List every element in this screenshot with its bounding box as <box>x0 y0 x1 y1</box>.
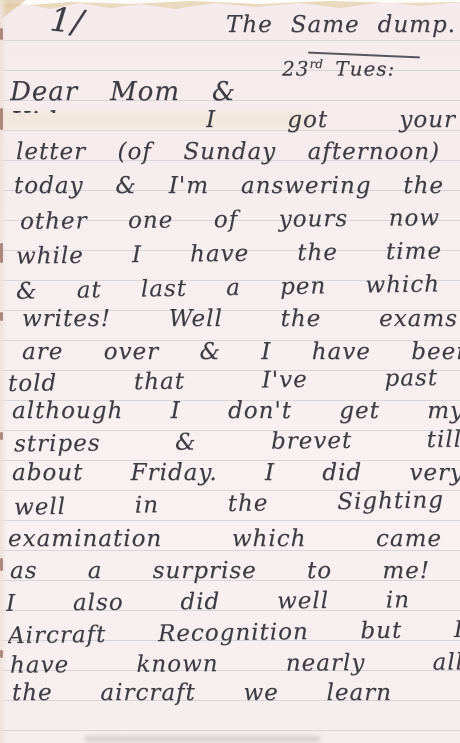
letter-line: about Friday. I did very <box>12 458 460 488</box>
letter-line: the aircraft we learn <box>12 678 392 708</box>
bottom-edge-smudge <box>85 736 320 742</box>
edge-mark <box>0 28 3 40</box>
letter-line: told that I've past <box>8 363 438 399</box>
edge-mark <box>0 312 3 321</box>
letter-line: as a surprise to me! <box>10 556 430 586</box>
date-day: 23 <box>282 57 309 81</box>
letter-line: I also did well in <box>6 585 410 619</box>
edge-mark <box>0 243 3 263</box>
letter-line: writes! Well the exams <box>22 304 458 334</box>
letter-place-line: The Same dump. <box>226 10 456 40</box>
letter-line: & at last a pen which <box>16 269 440 306</box>
letter-line: stripes & brevet till <box>14 425 460 460</box>
letter-line: well in the Sighting <box>14 485 444 522</box>
salutation: Dear Mom & Kids, <box>10 77 236 113</box>
letter-line: today & I'm answering the <box>14 171 444 201</box>
letter-line: are over & I have been <box>22 337 460 367</box>
edge-mark <box>0 108 3 130</box>
letter-line: Aircraft Recognition but I <box>8 615 460 651</box>
page-number: 1/ <box>49 4 86 37</box>
date-weekday: Tues: <box>335 57 395 81</box>
letter-line: although I don't get my <box>12 396 460 426</box>
letter-line: have known nearly all <box>10 647 460 680</box>
edge-mark <box>0 432 3 440</box>
letter-line: I got your <box>206 105 456 135</box>
scanned-letter-page: 1/ The Same dump. 23rd Tues: Dear Mom & … <box>0 0 460 743</box>
edge-mark <box>0 558 3 571</box>
edge-mark <box>0 650 3 658</box>
letter-line: examination which came <box>8 524 442 554</box>
letter-line: letter (of Sunday afternoon) <box>16 137 440 167</box>
letter-line: other one of yours now <box>20 203 440 237</box>
date-ordinal: rd <box>309 57 322 71</box>
letter-line: while I have the time <box>16 236 442 271</box>
